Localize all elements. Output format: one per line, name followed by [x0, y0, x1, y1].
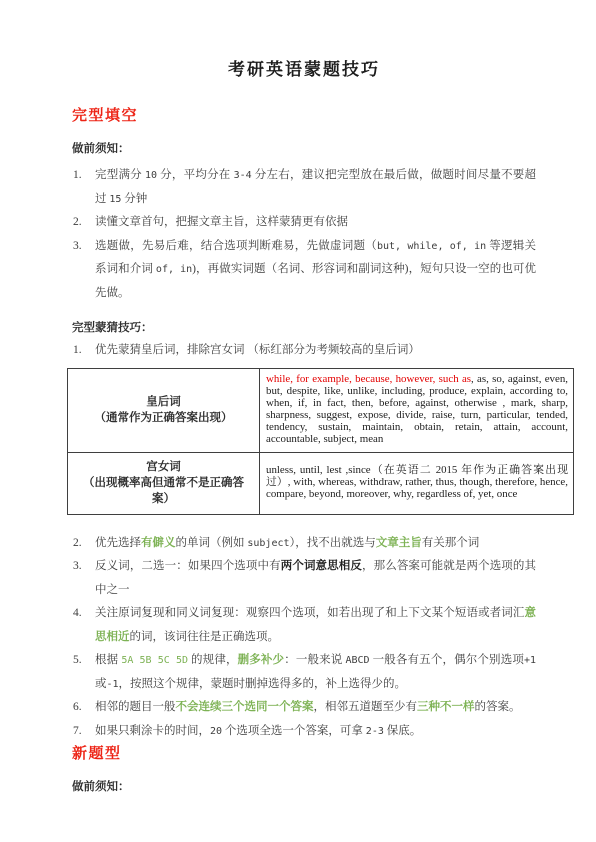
list-item-number: 2. — [73, 211, 82, 235]
list-item-text: 选题做，先易后难，结合选项判断难易，先做虚词题（but, while, of, … — [95, 240, 536, 299]
table-row-queen-words: 皇后词（通常作为正确答案出现） while, for example, beca… — [68, 368, 574, 452]
list-item-text: 根据 5A 5B 5C 5D 的规律，删多补少：一般来说 ABCD 一般各有五个… — [95, 654, 536, 690]
list-item-text: 完型满分 10 分，平均分在 3-4 分左右，建议把完型放在最后做，做题时间尽量… — [95, 169, 536, 205]
pre-notes-list: 1.完型满分 10 分，平均分在 3-4 分左右，建议把完型放在最后做，做题时间… — [72, 164, 536, 305]
list-item-text: 相邻的题目一般不会连续三个选同一个答案，相邻五道题至少有三种不一样的答案。 — [95, 701, 521, 713]
guess-tips-intro-list: 1.优先蒙猜皇后词，排除宫女词 （标红部分为考频较高的皇后词） — [72, 339, 536, 363]
list-item-text: 关注原词复现和同义词复现：观察四个选项，如若出现了和上下文某个短语或者词汇意思相… — [95, 607, 536, 643]
list-item-number: 1. — [73, 339, 82, 363]
section-cloze: 完型填空 做前须知： 1.完型满分 10 分，平均分在 3-4 分左右，建议把完… — [72, 106, 536, 743]
list-item-text: 如果只剩涂卡的时间，20 个选项全选一个答案，可拿 2-3 保底。 — [95, 725, 421, 737]
table-row-maid-words: 宫女词（出现概率高但通常不是正确答案） unless, until, lest … — [68, 452, 574, 514]
document-page: 考研英语蒙题技巧 完型填空 做前须知： 1.完型满分 10 分，平均分在 3-4… — [0, 0, 596, 842]
list-item: 1.优先蒙猜皇后词，排除宫女词 （标红部分为考频较高的皇后词） — [72, 339, 536, 363]
section-new-type: 新题型 做前须知： — [72, 744, 536, 794]
maid-words-label-cell: 宫女词（出现概率高但通常不是正确答案） — [68, 452, 260, 514]
maid-words-content-cell: unless, until, lest ,since（在英语二 2015 年作为… — [260, 452, 574, 514]
list-item: 3.选题做，先易后难，结合选项判断难易，先做虚词题（but, while, of… — [72, 235, 536, 306]
new-type-pre-notes-label: 做前须知： — [72, 780, 536, 794]
list-item-text: 优先蒙猜皇后词，排除宫女词 （标红部分为考频较高的皇后词） — [95, 344, 420, 356]
list-item: 7.如果只剩涂卡的时间，20 个选项全选一个答案，可拿 2-3 保底。 — [72, 720, 536, 744]
section-new-type-heading: 新题型 — [72, 744, 536, 764]
list-item-number: 2. — [73, 532, 82, 556]
queen-maid-word-table: 皇后词（通常作为正确答案出现） while, for example, beca… — [67, 368, 574, 515]
queen-words-label-cell: 皇后词（通常作为正确答案出现） — [68, 368, 260, 452]
list-item-number: 3. — [73, 235, 82, 259]
list-item-number: 5. — [73, 649, 82, 673]
guess-tips-label: 完型蒙猜技巧： — [72, 321, 536, 335]
list-item: 5.根据 5A 5B 5C 5D 的规律，删多补少：一般来说 ABCD 一般各有… — [72, 649, 536, 696]
list-item: 1.完型满分 10 分，平均分在 3-4 分左右，建议把完型放在最后做，做题时间… — [72, 164, 536, 211]
list-item: 3.反义词，二选一：如果四个选项中有两个词意思相反，那么答案可能就是两个选项的其… — [72, 555, 536, 602]
doc-title: 考研英语蒙题技巧 — [72, 58, 536, 82]
list-item: 2.读懂文章首句，把握文章主旨，这样蒙猜更有依据 — [72, 211, 536, 235]
list-item-number: 6. — [73, 696, 82, 720]
section-cloze-heading: 完型填空 — [72, 106, 536, 126]
list-item-text: 读懂文章首句，把握文章主旨，这样蒙猜更有依据 — [95, 216, 348, 228]
list-item: 4.关注原词复现和同义词复现：观察四个选项，如若出现了和上下文某个短语或者词汇意… — [72, 602, 536, 649]
guess-tips-list: 2.优先选择有僻义的单词（例如 subject），找不出就选与文章主旨有关那个词… — [72, 532, 536, 744]
list-item-number: 7. — [73, 720, 82, 744]
list-item-number: 1. — [73, 164, 82, 188]
list-item-text: 优先选择有僻义的单词（例如 subject），找不出就选与文章主旨有关那个词 — [95, 537, 479, 549]
list-item-number: 4. — [73, 602, 82, 626]
list-item: 2.优先选择有僻义的单词（例如 subject），找不出就选与文章主旨有关那个词 — [72, 532, 536, 556]
queen-words-content-cell: while, for example, because, however, su… — [260, 368, 574, 452]
pre-notes-label: 做前须知： — [72, 142, 536, 156]
list-item-text: 反义词，二选一：如果四个选项中有两个词意思相反，那么答案可能就是两个选项的其中之… — [95, 560, 536, 596]
list-item-number: 3. — [73, 555, 82, 579]
list-item: 6.相邻的题目一般不会连续三个选同一个答案，相邻五道题至少有三种不一样的答案。 — [72, 696, 536, 720]
